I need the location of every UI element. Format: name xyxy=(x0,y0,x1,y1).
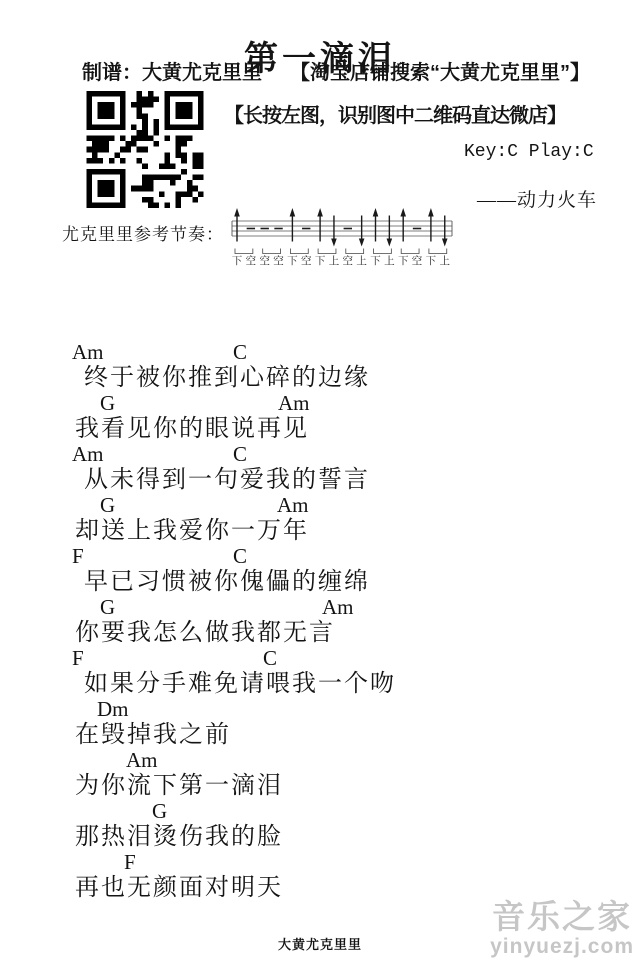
lyric-line: 你要我怎么做我都无言 xyxy=(0,620,640,646)
chord-label: F xyxy=(72,646,84,670)
chord-label: G xyxy=(100,595,115,619)
chord-label: Dm xyxy=(97,697,129,721)
lyric-line: 却送上我爱你一万年 xyxy=(0,518,640,544)
svg-text:下: 下 xyxy=(232,255,243,267)
svg-text:空: 空 xyxy=(412,254,423,267)
svg-text:下: 下 xyxy=(287,255,298,267)
chord-row: FC xyxy=(0,646,640,671)
artist-credit: ——动力火车 xyxy=(477,185,597,212)
chord-row: F xyxy=(0,850,640,875)
transcriber-credit: 制谱：大黄尤克里里 xyxy=(82,62,262,84)
chord-label: Am xyxy=(277,493,309,517)
qr-code xyxy=(86,91,204,208)
chord-label: G xyxy=(152,799,167,823)
watermark: 音乐之家 yinyuezj.com xyxy=(490,891,634,959)
chord-label: C xyxy=(233,544,247,568)
svg-text:下: 下 xyxy=(426,255,437,267)
lyric-line: 如果分手难免请喂我一个吻 xyxy=(0,671,640,697)
svg-text:下: 下 xyxy=(370,255,381,267)
chord-row: Am xyxy=(0,748,640,773)
strum-pattern-diagram: 下空空空下空下上空上下上下空下上 xyxy=(228,205,458,267)
rhythm-label: 尤克里里参考节奏： xyxy=(62,220,224,245)
svg-text:上: 上 xyxy=(440,254,451,267)
chord-label: Am xyxy=(322,595,354,619)
chord-label: C xyxy=(263,646,277,670)
svg-text:空: 空 xyxy=(259,254,270,267)
svg-text:上: 上 xyxy=(329,254,340,267)
chord-label: G xyxy=(100,493,115,517)
chord-label: F xyxy=(124,850,136,874)
svg-text:上: 上 xyxy=(356,254,367,267)
chord-row: AmC xyxy=(0,442,640,467)
lyric-line: 早已习惯被你傀儡的缠绵 xyxy=(0,569,640,595)
chord-label: F xyxy=(72,544,84,568)
chord-row: GAm xyxy=(0,391,640,416)
svg-text:上: 上 xyxy=(384,254,395,267)
lyrics-chords-block: AmC终于被你推到心碎的边缘GAm我看见你的眼说再见AmC从未得到一句爱我的誓言… xyxy=(0,340,640,901)
chord-sheet-page: 第一滴泪 制谱：大黄尤克里里【淘宝店铺搜索“大黄尤克里里”】 【长按左图，识别图… xyxy=(0,0,640,961)
chord-label: Am xyxy=(72,340,104,364)
lyric-line: 那热泪烫伤我的脸 xyxy=(0,824,640,850)
watermark-site-url: yinyuezj.com xyxy=(490,935,634,959)
chord-row: G xyxy=(0,799,640,824)
svg-text:空: 空 xyxy=(273,254,284,267)
svg-text:空: 空 xyxy=(246,254,257,267)
svg-text:下: 下 xyxy=(398,255,409,267)
key-info: Key:C Play:C xyxy=(464,142,594,162)
chord-row: Dm xyxy=(0,697,640,722)
watermark-site-name: 音乐之家 xyxy=(490,891,634,938)
chord-label: Am xyxy=(126,748,158,772)
chord-label: Am xyxy=(72,442,104,466)
lyric-line: 为你流下第一滴泪 xyxy=(0,773,640,799)
svg-text:空: 空 xyxy=(343,254,354,267)
chord-row: FC xyxy=(0,544,640,569)
chord-row: GAm xyxy=(0,595,640,620)
chord-label: G xyxy=(100,391,115,415)
chord-label: C xyxy=(233,442,247,466)
svg-text:下: 下 xyxy=(315,255,326,267)
lyric-line: 我看见你的眼说再见 xyxy=(0,416,640,442)
lyric-line: 终于被你推到心碎的边缘 xyxy=(0,365,640,391)
chord-label: C xyxy=(233,340,247,364)
taobao-shop-note: 【淘宝店铺搜索“大黄尤克里里”】 xyxy=(290,62,590,84)
qr-caption: 【长按左图，识别图中二维码直达微店】 xyxy=(224,99,566,128)
lyric-line: 从未得到一句爱我的誓言 xyxy=(0,467,640,493)
svg-text:空: 空 xyxy=(301,254,312,267)
credit-line: 制谱：大黄尤克里里【淘宝店铺搜索“大黄尤克里里”】 xyxy=(82,56,590,85)
chord-label: Am xyxy=(278,391,310,415)
chord-row: GAm xyxy=(0,493,640,518)
chord-row: AmC xyxy=(0,340,640,365)
qr-code-image xyxy=(86,91,204,208)
lyric-line: 在毁掉我之前 xyxy=(0,722,640,748)
